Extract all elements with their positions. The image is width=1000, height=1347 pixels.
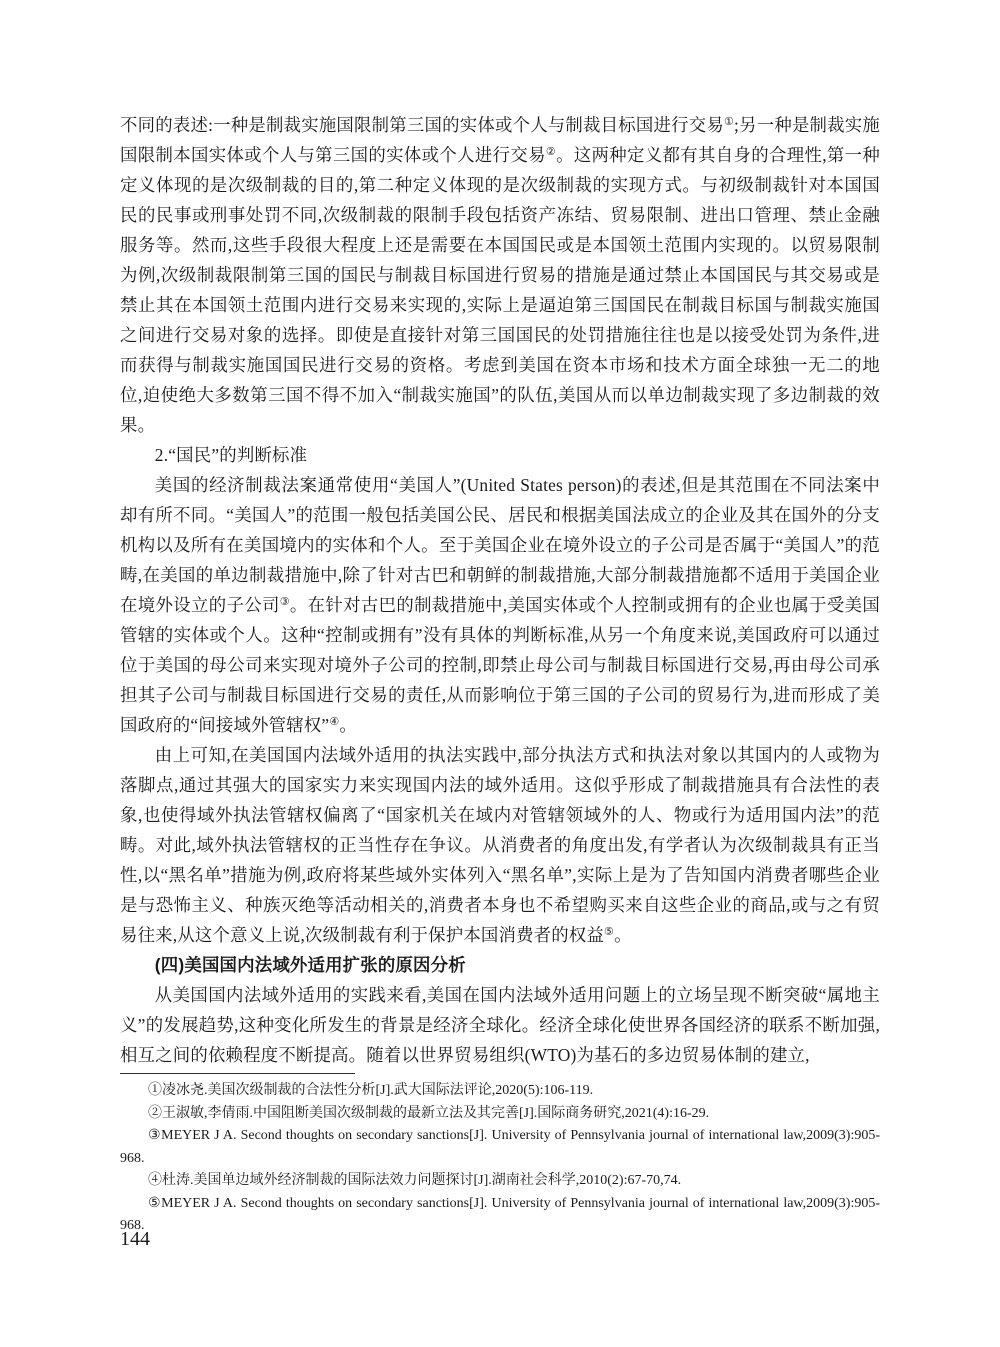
article-body: 不同的表述:一种是制裁实施国限制第三国的实体或个人与制裁目标国进行交易①;另一种… [120, 110, 880, 1238]
footnote-text: 凌冰尧.美国次级制裁的合法性分析[J].武大国际法评论,2020(5):106-… [162, 1083, 593, 1098]
footnote-marker: ③ [148, 1128, 161, 1143]
paragraph-globalization-background: 从美国国内法域外适用的实践来看,美国在国内法域外适用问题上的立场呈现不断突破“属… [120, 980, 880, 1070]
footnotes-section: ①凌冰尧.美国次级制裁的合法性分析[J].武大国际法评论,2020(5):106… [120, 1080, 880, 1238]
footnote-text: MEYER J A. Second thoughts on secondary … [120, 1128, 880, 1166]
paragraph-text: 美国的经济制裁法案通常使用“美国人”(United States person)… [120, 475, 880, 615]
paragraph-text: 。在针对古巴的制裁措施中,美国实体或个人控制或拥有的企业也属于受美国管辖的实体或… [120, 595, 880, 735]
footnote-marker: ① [148, 1083, 162, 1098]
paragraph-text: 从美国国内法域外适用的实践来看,美国在国内法域外适用问题上的立场呈现不断突破“属… [120, 985, 880, 1065]
paragraph-text: 。 [339, 715, 357, 735]
footnote-2: ②王淑敏,李倩雨.中国阻断美国次级制裁的最新立法及其完善[J].国际商务研究,2… [120, 1103, 880, 1126]
subsection-heading-text: 2.“国民”的判断标准 [155, 445, 307, 465]
paragraph-secondary-sanction-definitions: 不同的表述:一种是制裁实施国限制第三国的实体或个人与制裁目标国进行交易①;另一种… [120, 110, 880, 440]
footnote-marker: ⑤ [148, 1196, 161, 1211]
footnote-ref-5: ⑤ [604, 926, 614, 938]
footnote-3: ③MEYER J A. Second thoughts on secondary… [120, 1125, 880, 1170]
footnote-1: ①凌冰尧.美国次级制裁的合法性分析[J].武大国际法评论,2020(5):106… [120, 1080, 880, 1103]
footnote-ref-1: ① [724, 116, 734, 128]
footnote-text: 王淑敏,李倩雨.中国阻断美国次级制裁的最新立法及其完善[J].国际商务研究,20… [162, 1106, 709, 1121]
paragraph-us-person-scope: 美国的经济制裁法案通常使用“美国人”(United States person)… [120, 470, 880, 740]
paragraph-text: 。 [614, 925, 632, 945]
footnote-5: ⑤MEYER J A. Second thoughts on secondary… [120, 1193, 880, 1238]
footnote-separator [120, 1073, 355, 1074]
paragraph-text: 。这两种定义都有其自身的合理性,第一种定义体现的是次级制裁的目的,第二种定义体现… [120, 145, 880, 435]
paragraph-text: 不同的表述:一种是制裁实施国限制第三国的实体或个人与制裁目标国进行交易 [120, 115, 724, 135]
footnote-marker: ② [148, 1106, 162, 1121]
document-page: 不同的表述:一种是制裁实施国限制第三国的实体或个人与制裁目标国进行交易①;另一种… [0, 0, 1000, 1347]
section-heading-expansion-reasons: (四)美国国内法域外适用扩张的原因分析 [120, 950, 880, 980]
section-heading-text: (四)美国国内法域外适用扩张的原因分析 [155, 955, 466, 975]
footnote-ref-4: ④ [329, 716, 339, 728]
paragraph-text: 由上可知,在美国国内法域外适用的执法实践中,部分执法方式和执法对象以其国内的人或… [120, 745, 880, 945]
footnote-ref-3: ③ [280, 596, 290, 608]
footnote-marker: ④ [148, 1173, 162, 1188]
footnote-text: 杜涛.美国单边域外经济制裁的国际法效力问题探讨[J].湖南社会科学,2010(2… [162, 1173, 681, 1188]
footnote-4: ④杜涛.美国单边域外经济制裁的国际法效力问题探讨[J].湖南社会科学,2010(… [120, 1170, 880, 1193]
paragraph-extraterritorial-enforcement: 由上可知,在美国国内法域外适用的执法实践中,部分执法方式和执法对象以其国内的人或… [120, 740, 880, 950]
page-number: 144 [120, 1228, 150, 1251]
subsection-heading-nationals-standard: 2.“国民”的判断标准 [120, 440, 880, 470]
footnote-text: MEYER J A. Second thoughts on secondary … [120, 1196, 880, 1234]
footnote-ref-2: ② [546, 146, 556, 158]
